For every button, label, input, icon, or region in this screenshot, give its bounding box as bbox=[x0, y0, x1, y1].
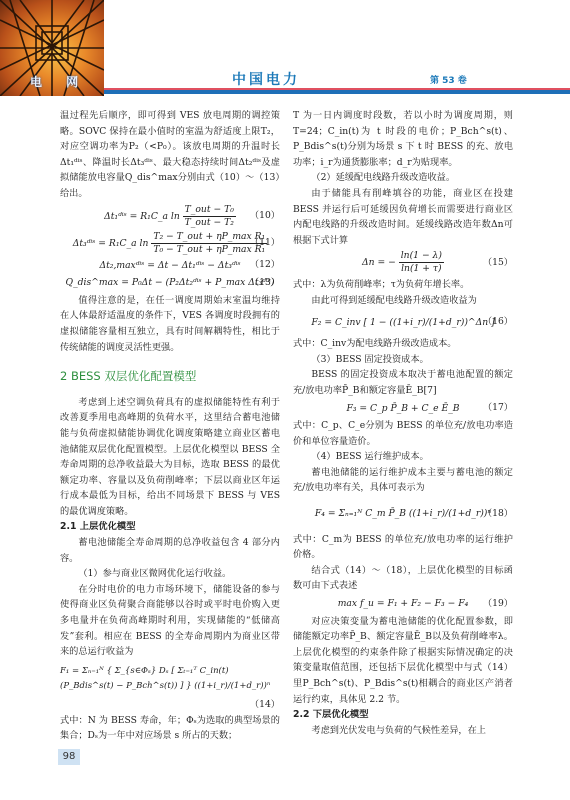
paragraph: 对应决策变量为蓄电池储能的优化配置参数，即储能额定功率P̄_B、额定容量Ē_B以… bbox=[293, 614, 513, 708]
equation-number: （14） bbox=[60, 697, 280, 713]
paragraph: 由此可得到延缓配电线路升级改造收益为 bbox=[293, 293, 513, 309]
equation-14: F₁ = Σₙ₌₁ᴺ { Σ_{s∈Φₛ} Dₛ [ Σₜ₌₁ᵀ C_in(t)… bbox=[60, 664, 280, 695]
list-item: （3）BESS 固定投资成本。 bbox=[293, 352, 513, 368]
paragraph: 式中：C_m为 BESS 的单位充/放电功率的运行维护价格。 bbox=[293, 532, 513, 563]
equation-13: Q_dis^max = P₀Δt − (P₂Δt₂ᵈⁱˢ + P_max Δt₃… bbox=[60, 275, 280, 291]
equation-11: Δt₃ᵈⁱˢ = R₁C_a ln T₂ − T_out + ηP_max R₁… bbox=[60, 231, 280, 256]
eq-expression: Q_dis^max = P₀Δt − (P₂Δt₂ᵈⁱˢ + P_max Δt₃… bbox=[66, 275, 275, 291]
paragraph: 值得注意的是，在任一调度周期始末室温均维持在人体最舒适温度的条件下，VES 各调… bbox=[60, 293, 280, 355]
paragraph: 式中：N 为 BESS 寿命，年；Φₛ为选取的典型场景的集合；Dₛ为一年中对应场… bbox=[60, 713, 280, 744]
equation-number: （11） bbox=[250, 235, 280, 251]
equation-12: Δt₂,maxᵈⁱˢ = Δt − Δt₁ᵈⁱˢ − Δt₃ᵈⁱˢ （12） bbox=[60, 258, 280, 274]
equation-18: F₄ = Σₙ₌₁ᴺ C_m P̄_B ((1+i_r)/(1+d_r))ⁿ （… bbox=[293, 498, 513, 530]
equation-10: Δt₁ᵈⁱˢ = R₁C_a ln T_out − T₀T_out − T₂ （… bbox=[60, 204, 280, 229]
list-item: （4）BESS 运行维护成本。 bbox=[293, 449, 513, 465]
paragraph: 式中：C_p、C_e分别为 BESS 的单位充/放电功率造价和单位容量造价。 bbox=[293, 418, 513, 449]
equation-number: （13） bbox=[250, 275, 280, 291]
equation-number: （17） bbox=[483, 401, 513, 417]
eq-lhs: Δt₃ᵈⁱˢ = R₁C_a ln bbox=[73, 238, 149, 249]
eq-numerator: T_out − T₀ bbox=[183, 204, 236, 217]
eq-denominator: ln(1 + τ) bbox=[399, 263, 444, 275]
paragraph: 考虑到光伏发电与负荷的气候性差异，在上 bbox=[293, 723, 513, 739]
paragraph: 蓄电池储能全寿命周期的总净收益包含 4 部分内容。 bbox=[60, 535, 280, 566]
subsection-heading: 2.1 上层优化模型 bbox=[60, 519, 280, 535]
list-item: （1）参与商业区微网优化运行收益。 bbox=[60, 566, 280, 582]
page-header: 电 网 中国电力 第 53 卷 bbox=[0, 0, 570, 96]
eq-expression: max f_u = F₁ + F₂ − F₃ − F₄ bbox=[338, 596, 469, 612]
eq-numerator: ln(1 − λ) bbox=[399, 250, 444, 263]
paragraph: 式中：λ为负荷削峰率；τ为负荷年增长率。 bbox=[293, 277, 513, 293]
equation-16: F₂ = C_inv [ 1 − ((1+i_r)/(1+d_r))^Δn ] … bbox=[293, 311, 513, 335]
paragraph: 式中：C_inv为配电线路升级改造成本。 bbox=[293, 336, 513, 352]
left-column: 温过程先后顺序，即可得到 VES 放电周期的调控策略。SOVC 保持在最小值时的… bbox=[60, 108, 280, 744]
equation-15: Δn = − ln(1 − λ)ln(1 + τ) （15） bbox=[293, 250, 513, 275]
paragraph: BESS 的固定投资成本取决于蓄电池配置的额定充/放电功率P̄_B和额定容量Ē_… bbox=[293, 367, 513, 398]
equation-number: （19） bbox=[483, 596, 513, 612]
equation-19: max f_u = F₁ + F₂ − F₃ − F₄ （19） bbox=[293, 596, 513, 612]
header-rule-blue bbox=[104, 90, 570, 94]
page-number: 98 bbox=[58, 749, 80, 765]
journal-title: 中国电力 bbox=[232, 69, 300, 89]
eq-expression: F₄ = Σₙ₌₁ᴺ C_m P̄_B ((1+i_r)/(1+d_r))ⁿ bbox=[315, 506, 491, 522]
volume-label: 第 53 卷 bbox=[430, 73, 467, 86]
eq-expression: Δt₂,maxᵈⁱˢ = Δt − Δt₁ᵈⁱˢ − Δt₃ᵈⁱˢ bbox=[99, 258, 240, 274]
equation-number: （10） bbox=[250, 208, 280, 224]
equation-number: （15） bbox=[483, 255, 513, 271]
list-item: （2）延缓配电线路升级改造收益。 bbox=[293, 170, 513, 186]
section-heading: 2 BESS 双层优化配置模型 bbox=[60, 369, 280, 385]
paragraph: 由于储能具有削峰填谷的功能，商业区在投建 BESS 并运行后可延缓因负荷增长而需… bbox=[293, 186, 513, 248]
eq-lhs: Δn = − bbox=[362, 257, 396, 268]
right-column: T 为一日内调度时段数，若以小时为调度周期，则 T=24；C_in(t)为 t … bbox=[293, 108, 513, 738]
equation-number: （12） bbox=[250, 258, 280, 274]
paragraph: 结合式（14）～（18），上层优化模型的目标函数可由下式表述 bbox=[293, 563, 513, 594]
paragraph: T 为一日内调度时段数，若以小时为调度周期，则 T=24；C_in(t)为 t … bbox=[293, 108, 513, 170]
eq-expression: F₃ = C_p P̄_B + C_e Ē_B bbox=[346, 401, 459, 417]
section-label: 电 网 bbox=[30, 73, 88, 90]
subsection-heading: 2.2 下层优化模型 bbox=[293, 707, 513, 723]
paragraph: 考虑到上述空调负荷具有的虚拟储能特性有利于改善夏季用电高峰期的负荷水平，这里结合… bbox=[60, 395, 280, 520]
equation-17: F₃ = C_p P̄_B + C_e Ē_B （17） bbox=[293, 401, 513, 417]
paragraph: 温过程先后顺序，即可得到 VES 放电周期的调控策略。SOVC 保持在最小值时的… bbox=[60, 108, 280, 202]
paragraph: 在分时电价的电力市场环境下，储能设备的参与使得商业区负荷聚合商能够以谷时或平时电… bbox=[60, 582, 280, 660]
eq-denominator: T_out − T₂ bbox=[183, 217, 236, 229]
equation-number: （18） bbox=[483, 506, 513, 522]
power-tower-image: 电 网 bbox=[0, 0, 104, 96]
paragraph: 蓄电池储能的运行维护成本主要与蓄电池的额定充/放电功率有关，具体可表示为 bbox=[293, 465, 513, 496]
eq-expression: F₁ = Σₙ₌₁ᴺ { Σ_{s∈Φₛ} Dₛ [ Σₜ₌₁ᵀ C_in(t)… bbox=[60, 664, 280, 695]
equation-number: （16） bbox=[483, 315, 513, 331]
eq-lhs: Δt₁ᵈⁱˢ = R₁C_a ln bbox=[104, 211, 180, 222]
eq-expression: F₂ = C_inv [ 1 − ((1+i_r)/(1+d_r))^Δn ] bbox=[311, 315, 494, 331]
